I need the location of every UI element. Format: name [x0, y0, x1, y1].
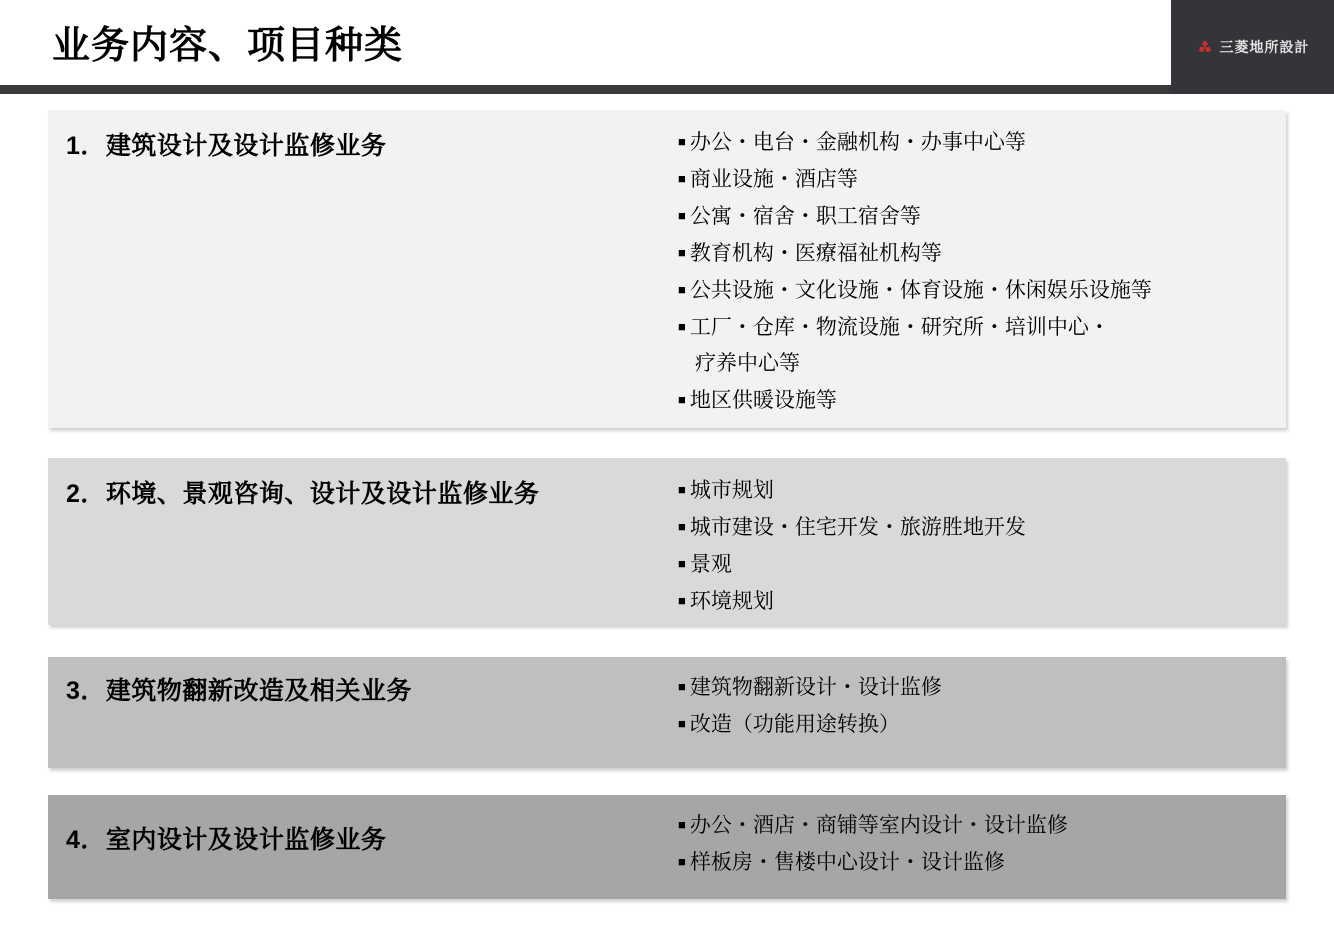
- bullet-item: ■公共设施・文化设施・体育设施・休闲娱乐设施等: [678, 272, 1286, 309]
- bullet-text: 办公・电台・金融机构・办事中心等: [690, 131, 1026, 154]
- section-bullets-2: ■城市规划■城市建设・住宅开发・旅游胜地开发■景观■环境规划: [678, 458, 1286, 625]
- bullet-item: 疗养中心等: [678, 346, 1286, 382]
- bullet-text: 城市规划: [690, 479, 774, 502]
- section-title-2: 2．环境、景观咨询、设计及设计监修业务: [48, 458, 678, 625]
- slide: 业务内容、项目种类 三菱地所設計 1．建筑设计及设计监修业务 ■办公・电台・金融…: [0, 0, 1334, 935]
- bullet-item: ■公寓・宿舍・职工宿舍等: [678, 198, 1286, 235]
- bullet-item: ■景观: [678, 546, 1286, 583]
- bullet-square-icon: ■: [678, 282, 686, 297]
- bullet-square-icon: ■: [678, 392, 686, 407]
- section-box-1: 1．建筑设计及设计监修业务 ■办公・电台・金融机构・办事中心等■商业设施・酒店等…: [48, 110, 1286, 428]
- section-title-3: 3．建筑物翻新改造及相关业务: [48, 657, 678, 768]
- section-box-4: 4．室内设计及设计监修业务 ■办公・酒店・商铺等室内设计・设计监修■样板房・售楼…: [48, 795, 1286, 899]
- bullet-item: ■样板房・售楼中心设计・设计监修: [678, 844, 1286, 881]
- bullet-text: 样板房・售楼中心设计・设计监修: [690, 851, 1005, 874]
- bullet-item: ■教育机构・医療福祉机构等: [678, 235, 1286, 272]
- bullet-item: ■建筑物翻新设计・设计监修: [678, 669, 1286, 706]
- bullet-item: ■地区供暖设施等: [678, 382, 1286, 419]
- bullet-text: 商业设施・酒店等: [690, 168, 858, 191]
- section-title-1: 1．建筑设计及设计监修业务: [48, 110, 678, 428]
- bullet-square-icon: ■: [678, 171, 686, 186]
- bullet-text: 地区供暖设施等: [690, 389, 837, 412]
- bullet-square-icon: ■: [678, 482, 686, 497]
- section-bullets-3: ■建筑物翻新设计・设计监修■改造（功能用途转换）: [678, 657, 1286, 768]
- company-logo-text: 三菱地所設計: [1220, 37, 1310, 57]
- bullet-text: 建筑物翻新设计・设计监修: [690, 676, 942, 699]
- bullet-item: ■办公・酒店・商铺等室内设计・设计监修: [678, 807, 1286, 844]
- bullet-item: ■工厂・仓库・物流设施・研究所・培训中心・: [678, 309, 1286, 346]
- bullet-item: ■城市规划: [678, 472, 1286, 509]
- section-box-2: 2．环境、景观咨询、设计及设计监修业务 ■城市规划■城市建设・住宅开发・旅游胜地…: [48, 458, 1286, 625]
- bullet-text: 办公・酒店・商铺等室内设计・设计监修: [690, 814, 1068, 837]
- bullet-square-icon: ■: [678, 134, 686, 149]
- bullet-square-icon: ■: [678, 519, 686, 534]
- bullet-item: ■改造（功能用途转换）: [678, 706, 1286, 743]
- bullet-text: 工厂・仓库・物流设施・研究所・培训中心・: [690, 316, 1110, 339]
- bullet-item: ■办公・电台・金融机构・办事中心等: [678, 124, 1286, 161]
- page-title: 业务内容、项目种类: [52, 14, 403, 69]
- bullet-text: 改造（功能用途转换）: [690, 713, 900, 736]
- bullet-square-icon: ■: [678, 679, 686, 694]
- bullet-text: 公寓・宿舍・职工宿舍等: [690, 205, 921, 228]
- bullet-text: 公共设施・文化设施・体育设施・休闲娱乐设施等: [690, 279, 1152, 302]
- bullet-square-icon: ■: [678, 319, 686, 334]
- section-box-3: 3．建筑物翻新改造及相关业务 ■建筑物翻新设计・设计监修■改造（功能用途转换）: [48, 657, 1286, 768]
- bullet-text: 城市建设・住宅开发・旅游胜地开发: [690, 516, 1026, 539]
- bullet-text: 环境规划: [690, 590, 774, 613]
- bullet-square-icon: ■: [678, 245, 686, 260]
- bullet-item: ■商业设施・酒店等: [678, 161, 1286, 198]
- section-bullets-1: ■办公・电台・金融机构・办事中心等■商业设施・酒店等■公寓・宿舍・职工宿舍等■教…: [678, 110, 1286, 428]
- company-logo: 三菱地所設計: [1171, 0, 1334, 94]
- bullet-square-icon: ■: [678, 817, 686, 832]
- bullet-square-icon: ■: [678, 593, 686, 608]
- bullet-square-icon: ■: [678, 208, 686, 223]
- bullet-square-icon: ■: [678, 854, 686, 869]
- bullet-text: 景观: [690, 553, 732, 576]
- bullet-text: 疗养中心等: [695, 352, 800, 375]
- bullet-square-icon: ■: [678, 716, 686, 731]
- header-divider-bar: [0, 85, 1334, 94]
- bullet-text: 教育机构・医療福祉机构等: [690, 242, 942, 265]
- section-bullets-4: ■办公・酒店・商铺等室内设计・设计监修■样板房・售楼中心设计・设计监修: [678, 795, 1286, 899]
- section-title-4: 4．室内设计及设计监修业务: [48, 795, 678, 899]
- bullet-item: ■环境规划: [678, 583, 1286, 620]
- mitsubishi-three-diamonds-icon: [1196, 40, 1214, 55]
- bullet-square-icon: ■: [678, 556, 686, 571]
- bullet-item: ■城市建设・住宅开发・旅游胜地开发: [678, 509, 1286, 546]
